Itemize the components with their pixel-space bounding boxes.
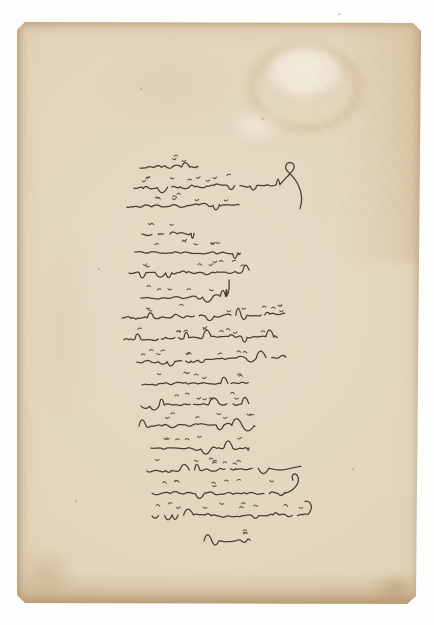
scanned-photo bbox=[0, 0, 434, 625]
diacritic-marks-3 bbox=[155, 193, 228, 201]
diacritic-marks-9 bbox=[138, 327, 265, 334]
handwritten-line-10 bbox=[137, 351, 286, 366]
handwritten-line-14 bbox=[151, 441, 249, 454]
handwritten-line-1 bbox=[140, 163, 198, 169]
dust-speck bbox=[338, 13, 341, 15]
handwritten-line-5 bbox=[135, 252, 240, 259]
handwritten-signature bbox=[204, 535, 250, 545]
handwritten-line-4 bbox=[142, 232, 194, 238]
diacritic-marks-17 bbox=[156, 503, 302, 509]
diacritic-marks-15 bbox=[156, 458, 241, 464]
diacritic-marks-1 bbox=[173, 155, 186, 161]
diacritic-marks-2 bbox=[142, 174, 230, 182]
diacritic-marks-16 bbox=[163, 479, 274, 486]
diacritic-marks-4 bbox=[148, 223, 173, 225]
handwritten-line-2 bbox=[134, 163, 302, 209]
diacritic-marks-5 bbox=[155, 239, 220, 244]
handwritten-line-13 bbox=[139, 419, 255, 431]
diacritic-marks-8 bbox=[146, 304, 283, 311]
handwritten-line-8 bbox=[122, 308, 289, 320]
handwritten-line-17 bbox=[152, 501, 311, 519]
diacritic-marks-13 bbox=[166, 413, 254, 418]
diacritic-marks-7 bbox=[147, 285, 213, 290]
handwritten-line-15 bbox=[147, 464, 301, 473]
ink-layer bbox=[0, 0, 434, 625]
diacritic-marks-18 bbox=[243, 530, 247, 534]
handwritten-line-11 bbox=[142, 377, 248, 385]
diacritic-marks-12 bbox=[175, 392, 238, 399]
handwritten-line-3 bbox=[127, 203, 239, 210]
handwritten-line-7 bbox=[141, 280, 229, 302]
diacritic-marks-6 bbox=[144, 260, 245, 267]
diacritic-marks-14 bbox=[164, 436, 241, 440]
handwritten-line-9 bbox=[124, 330, 284, 342]
handwritten-line-16 bbox=[152, 474, 298, 498]
diacritic-marks-11 bbox=[157, 372, 242, 379]
diacritic-marks-10 bbox=[141, 350, 247, 355]
